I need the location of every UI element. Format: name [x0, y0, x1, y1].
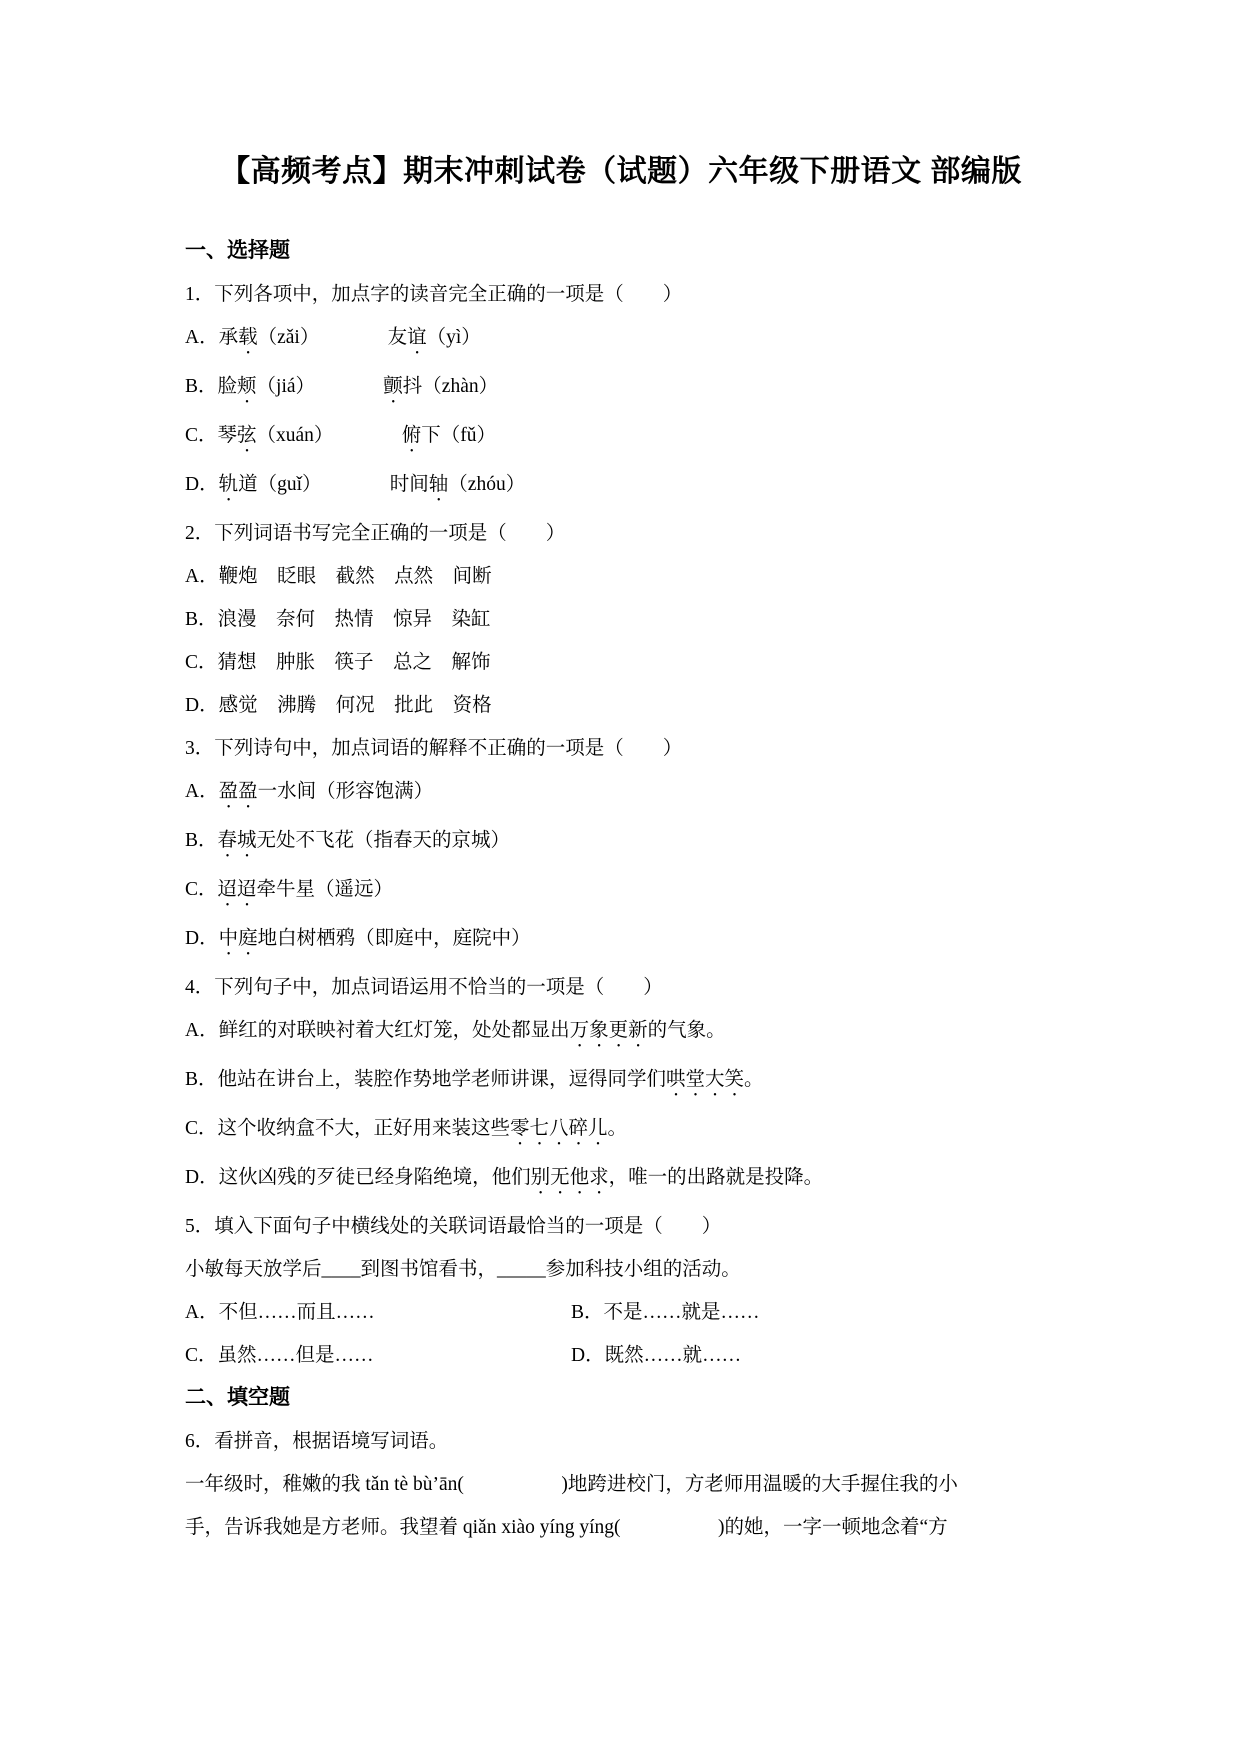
q1-option-c: C．琴弦（xuán） 俯下（fǔ） [185, 421, 1057, 457]
q3-option-b: B．春城无处不飞花（指春天的京城） [185, 826, 1057, 862]
text-segment: 地白树栖鸦（即庭中，庭院中） [258, 928, 531, 949]
emphasized-text: 别无他求 [531, 1167, 609, 1188]
q2-option-a: A．鞭炮 眨眼 截然 点然 间断 [185, 562, 1057, 592]
q4-stem: 4．下列句子中，加点词语运用不恰当的一项是（ ） [185, 973, 1057, 1003]
page-title: 【高频考点】期末冲刺试卷（试题）六年级下册语文 部编版 [185, 152, 1057, 192]
q1-option-b: B．脸颊（jiá） 颤抖（zhàn） [185, 372, 1057, 408]
q3-option-a: A．盈盈一水间（形容饱满） [185, 777, 1057, 813]
text-segment: D．这伙凶残的歹徒已经身陷绝境，他们 [185, 1167, 531, 1188]
emphasized-text: 轨 [219, 474, 239, 495]
q2-option-d: D．感觉 沸腾 何况 批此 资格 [185, 691, 1057, 721]
q3-option-d: D．中庭地白树栖鸦（即庭中，庭院中） [185, 924, 1057, 960]
q6-stem: 6．看拼音，根据语境写词语。 [185, 1427, 1057, 1457]
section-heading-choice: 一、选择题 [185, 238, 1057, 264]
q5-stem: 5．填入下面句子中横线处的关联词语最恰当的一项是（ ） [185, 1212, 1057, 1242]
q3-option-c: C．迢迢牵牛星（遥远） [185, 875, 1057, 911]
emphasized-text: 俯 [402, 425, 422, 446]
q2-option-b: B．浪漫 奈何 热情 惊异 染缸 [185, 605, 1057, 635]
q4-option-c: C．这个收纳盒不大，正好用来装这些零七八碎儿。 [185, 1114, 1057, 1150]
text-segment: B． [185, 830, 218, 851]
text-segment: 道（guǐ） 时间 [238, 474, 429, 495]
emphasized-text: 迢迢 [218, 879, 257, 900]
text-segment: D． [185, 474, 219, 495]
emphasized-text: 颊 [237, 376, 257, 397]
exam-paper-page: 【高频考点】期末冲刺试卷（试题）六年级下册语文 部编版 一、选择题 1．下列各项… [0, 0, 1240, 1754]
q3-stem: 3．下列诗句中，加点词语的解释不正确的一项是（ ） [185, 734, 1057, 764]
text-segment: A．鲜红的对联映衬着大红灯笼，处处都显出 [185, 1020, 570, 1041]
text-segment: C．这个收纳盒不大，正好用来装这些 [185, 1118, 510, 1139]
text-segment: 抖（zhàn） [403, 376, 498, 397]
text-segment: （xuán） [257, 425, 402, 446]
q5-option-c: C．虽然……但是…… [185, 1341, 571, 1371]
text-segment: 的气象。 [648, 1020, 726, 1041]
emphasized-text: 零七八碎儿 [510, 1118, 608, 1139]
emphasized-text: 万象更新 [570, 1020, 648, 1041]
text-segment: A． [185, 781, 219, 802]
text-segment: （zǎi） 友 [258, 327, 407, 348]
emphasized-text: 哄堂大笑 [666, 1069, 744, 1090]
text-segment: 。 [608, 1118, 628, 1139]
text-segment: 牵牛星（遥远） [257, 879, 394, 900]
emphasized-text: 弦 [237, 425, 257, 446]
q1-stem: 1．下列各项中，加点字的读音完全正确的一项是（ ） [185, 280, 1057, 310]
q2-stem: 2．下列词语书写完全正确的一项是（ ） [185, 519, 1057, 549]
text-segment: 。 [744, 1069, 764, 1090]
text-segment: （zhóu） [448, 474, 525, 495]
section-heading-fill: 二、填空题 [185, 1385, 1057, 1411]
q4-option-a: A．鲜红的对联映衬着大红灯笼，处处都显出万象更新的气象。 [185, 1016, 1057, 1052]
text-segment: C． [185, 879, 218, 900]
q6-paragraph-line-1: 一年级时，稚嫩的我 tǎn tè bù’ān( )地跨进校门，方老师用温暖的大手… [185, 1470, 1057, 1500]
q5-sentence: 小敏每天放学后____到图书馆看书，_____参加科技小组的活动。 [185, 1255, 1057, 1285]
text-segment: 无处不飞花（指春天的京城） [257, 830, 511, 851]
text-segment: B．脸 [185, 376, 237, 397]
q5-option-a: A．不但……而且…… [185, 1298, 571, 1328]
text-segment: A．承 [185, 327, 238, 348]
emphasized-text: 轴 [429, 474, 449, 495]
emphasized-text: 春城 [218, 830, 257, 851]
q1-option-d: D．轨道（guǐ） 时间轴（zhóu） [185, 470, 1057, 506]
emphasized-text: 颤 [383, 376, 403, 397]
text-segment: B．他站在讲台上，装腔作势地学老师讲课，逗得同学们 [185, 1069, 666, 1090]
text-segment: 一水间（形容饱满） [258, 781, 434, 802]
emphasized-text: 中庭 [219, 928, 258, 949]
q5-options-row-1: A．不但……而且…… B．不是……就是…… [185, 1298, 1057, 1328]
q4-option-d: D．这伙凶残的歹徒已经身陷绝境，他们别无他求，唯一的出路就是投降。 [185, 1163, 1057, 1199]
emphasized-text: 载 [238, 327, 258, 348]
emphasized-text: 谊 [407, 327, 427, 348]
text-segment: ，唯一的出路就是投降。 [609, 1167, 824, 1188]
q4-option-b: B．他站在讲台上，装腔作势地学老师讲课，逗得同学们哄堂大笑。 [185, 1065, 1057, 1101]
text-segment: （jiá） [257, 376, 384, 397]
q5-options-row-2: C．虽然……但是…… D．既然……就…… [185, 1341, 1057, 1371]
text-segment: D． [185, 928, 219, 949]
text-segment: C．琴 [185, 425, 237, 446]
q1-option-a: A．承载（zǎi） 友谊（yì） [185, 323, 1057, 359]
text-segment: （yì） [427, 327, 481, 348]
q5-option-b: B．不是……就是…… [571, 1298, 760, 1328]
q5-option-d: D．既然……就…… [571, 1341, 741, 1371]
emphasized-text: 盈盈 [219, 781, 258, 802]
q6-paragraph-line-2: 手，告诉我她是方老师。我望着 qiǎn xiào yíng yíng( )的她，… [185, 1513, 1057, 1543]
q2-option-c: C．猜想 肿胀 筷子 总之 解饰 [185, 648, 1057, 678]
text-segment: 下（fǔ） [421, 425, 496, 446]
